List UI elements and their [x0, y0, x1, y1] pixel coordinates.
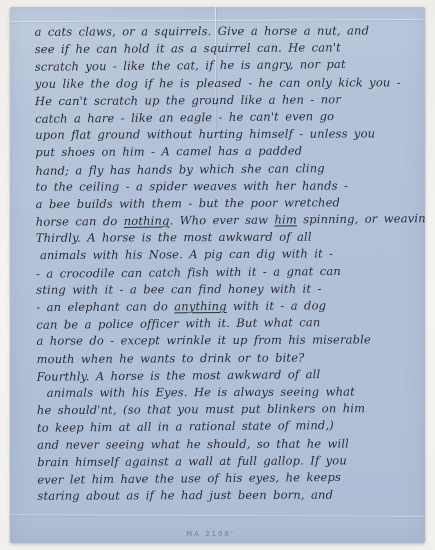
- letter-paper: a cats claws, or a squirrels. Give a hor…: [10, 7, 425, 543]
- letter-line: upon flat ground without hurting himself…: [35, 125, 417, 144]
- letter-line: you like the dog if he is pleased - he c…: [35, 74, 417, 93]
- letter-line: sting with it - a bee can find honey wit…: [36, 280, 418, 299]
- letter-line: a cats claws, or a squirrels. Give a hor…: [35, 22, 417, 41]
- catalog-number: MA 2108': [10, 530, 411, 538]
- letter-line: to the ceiling - a spider weaves with he…: [35, 177, 417, 196]
- letter-line: Thirdly. A horse is the most awkward of …: [36, 228, 418, 247]
- letter-line: animals with his Eyes. He is always seei…: [37, 383, 419, 402]
- letter-line: staring about as if he had just been bor…: [37, 486, 419, 505]
- letter-line: scratch you - like the cat, if he is ang…: [35, 56, 417, 77]
- fold-crease-bottom: [10, 514, 425, 517]
- letter-line: and never seeing what he should, so that…: [37, 435, 419, 454]
- letter-body: a cats claws, or a squirrels. Give a hor…: [35, 22, 420, 506]
- letter-line: hand; a fly has hands by which she can c…: [35, 159, 417, 180]
- scan-background: a cats claws, or a squirrels. Give a hor…: [0, 0, 435, 550]
- letter-line: to keep him at all in a rational state o…: [37, 417, 419, 438]
- letter-line: a horse do - except wrinkle it up from h…: [36, 332, 418, 351]
- letter-line: put shoes on him - A camel has a padded: [35, 142, 417, 162]
